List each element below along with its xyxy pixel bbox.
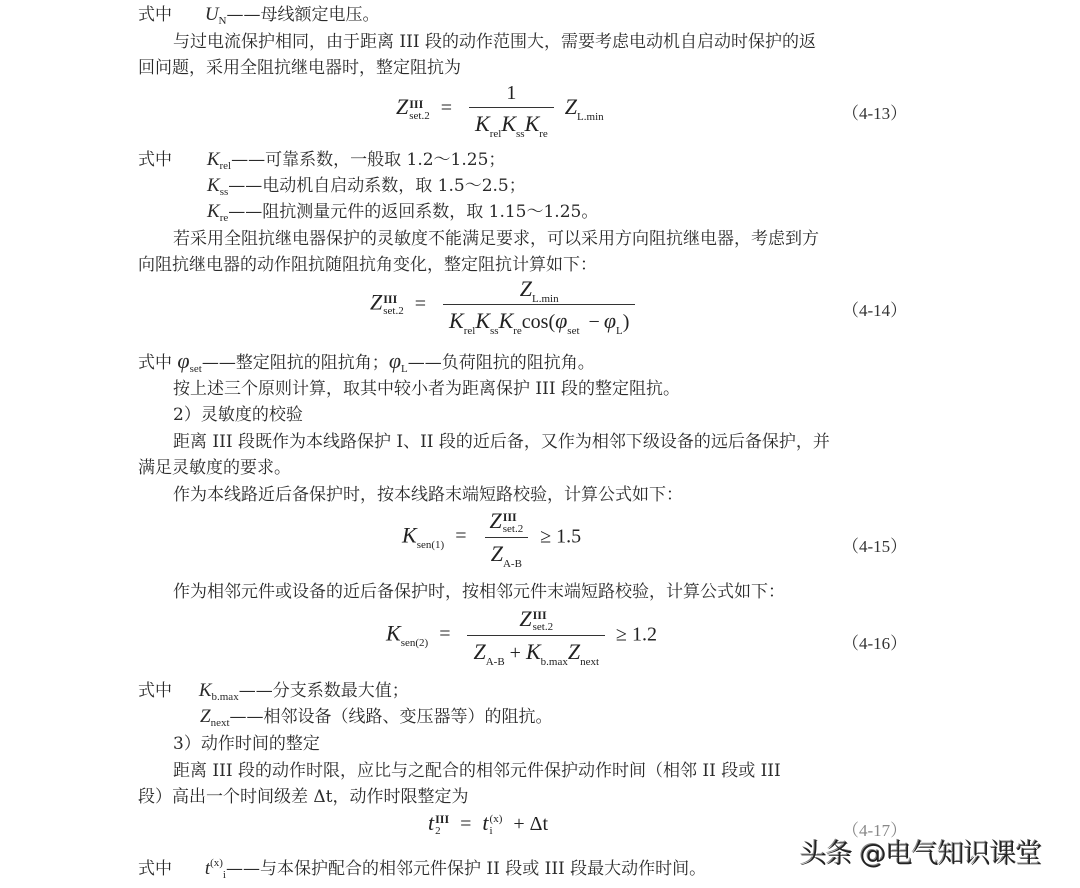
definition-znext: Znext——相邻设备（线路、变压器等）的阻抗。 — [200, 706, 553, 734]
fraction: ZIIIset.2 ZA-B+Kb.maxZnext — [467, 606, 605, 665]
equation-number-4-14: （4-14） — [842, 296, 907, 321]
equation-4-13: ZIIIset.2 = 1 KrelKssKre ZL.min — [396, 82, 604, 137]
paragraph-2-line-2: 向阻抗继电器的动作阻抗随阻抗角变化，整定阻抗计算如下： — [138, 254, 597, 276]
equation-4-17: tIII2 = t(x)i + Δt — [428, 810, 548, 837]
fraction: 1 KrelKssKre — [469, 82, 554, 137]
heading-sensitivity-check: 2）灵敏度的校验 — [173, 404, 303, 426]
definition-un: 式中 UN——母线额定电压。 — [138, 4, 380, 32]
paragraph-7-line-2: 段）高出一个时间级差 Δt，动作时限整定为 — [138, 786, 469, 808]
equation-number-4-16: （4-16） — [842, 629, 907, 654]
paragraph-4-line-2: 满足灵敏度的要求。 — [138, 457, 291, 479]
paragraph-7-line-1: 距离 III 段的动作时限，应比与之配合的相邻元件保护动作时间（相邻 II 段或… — [173, 760, 781, 782]
equation-number-4-13: （4-13） — [842, 99, 907, 124]
fraction: ZL.min KrelKssKrecos(φset −φL) — [443, 276, 635, 334]
var-u: U — [205, 4, 219, 25]
heading-time-setting: 3）动作时间的整定 — [173, 733, 320, 755]
definition-kbmax: 式中 Kb.max——分支系数最大值； — [138, 680, 409, 708]
definition-phi: 式中 φset——整定阻抗的阻抗角；φL——负荷阻抗的阻抗角。 — [138, 350, 595, 380]
equation-4-16: Ksen(2) = ZIIIset.2 ZA-B+Kb.maxZnext ≥ 1… — [386, 606, 657, 665]
definition-krel: 式中 Krel——可靠系数，一般取 1.2～1.25； — [138, 149, 505, 177]
fraction: ZIIIset.2 ZA-B — [483, 508, 529, 567]
equation-number-4-15: （4-15） — [842, 532, 907, 557]
definition-kre: Kre——阻抗测量元件的返回系数，取 1.15～1.25。 — [207, 201, 598, 229]
paragraph-3: 按上述三个原则计算，取其中较小者为距离保护 III 段的整定阻抗。 — [173, 378, 680, 400]
paragraph-5: 作为本线路近后备保护时，按本线路末端短路校验，计算公式如下： — [173, 484, 683, 506]
definition-kss: Kss——电动机自启动系数，取 1.5～2.5； — [207, 175, 526, 203]
paragraph-1-line-2: 回问题，采用全阻抗继电器时，整定阻抗为 — [138, 57, 461, 79]
definition-t: 式中 t(x)i——与本保护配合的相邻元件保护 II 段或 III 段最大动作时… — [138, 852, 706, 886]
paragraph-1-line-1: 与过电流保护相同，由于距离 III 段的动作范围大，需要考虑电动机自启动时保护的… — [173, 31, 816, 53]
equation-4-14: ZIIIset.2 = ZL.min KrelKssKrecos(φset −φ… — [370, 276, 641, 334]
equation-4-15: Ksen(1) = ZIIIset.2 ZA-B ≥ 1.5 — [402, 508, 581, 567]
watermark: 头条 @电气知识课堂 — [800, 832, 1042, 871]
paragraph-4-line-1: 距离 III 段既作为本线路保护 I、II 段的近后备，又作为相邻下级设备的远后… — [173, 431, 830, 453]
paragraph-6: 作为相邻元件或设备的近后备保护时，按相邻元件末端短路校验，计算公式如下： — [173, 581, 785, 603]
paragraph-2-line-1: 若采用全阻抗继电器保护的灵敏度不能满足要求，可以采用方向阻抗继电器，考虑到方 — [173, 228, 819, 250]
